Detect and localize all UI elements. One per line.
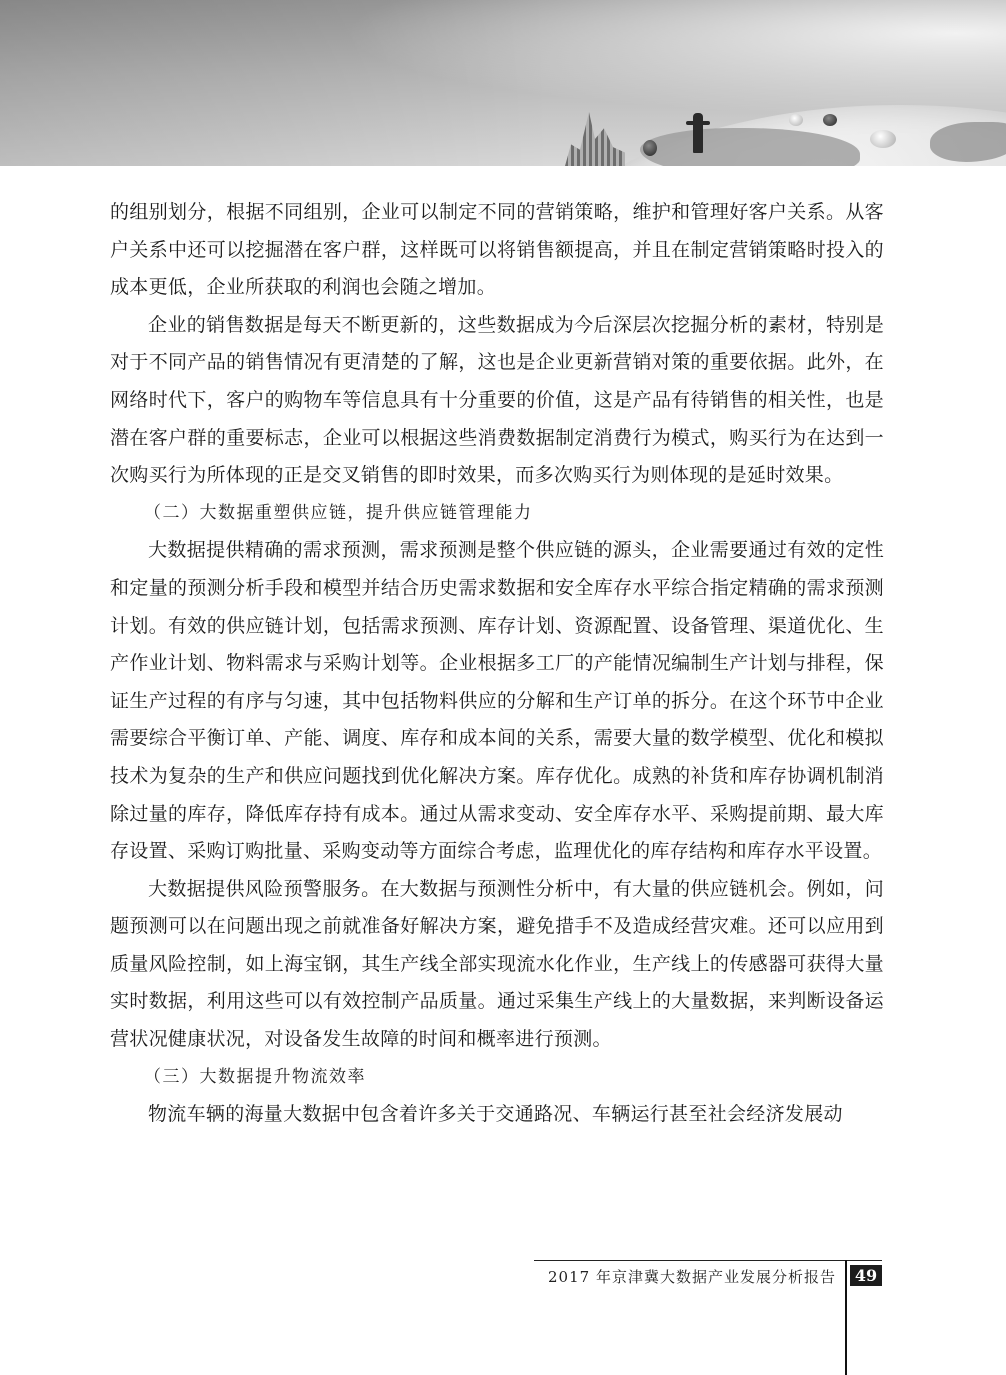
bubble-icon xyxy=(870,130,896,148)
paragraph-sales-data: 企业的销售数据是每天不断更新的，这些数据成为今后深层次挖掘分析的素材，特别是对于… xyxy=(110,307,884,495)
section-heading-supply-chain: （二）大数据重塑供应链，提升供应链管理能力 xyxy=(110,495,884,533)
footer-vertical-rule xyxy=(845,1260,847,1375)
section-heading-logistics: （三）大数据提升物流效率 xyxy=(110,1059,884,1097)
paragraph-demand-forecast: 大数据提供精确的需求预测，需求预测是整个供应链的源头，企业需要通过有效的定性和定… xyxy=(110,532,884,870)
page-number: 49 xyxy=(850,1265,882,1286)
continent-shape xyxy=(930,122,1006,162)
header-banner-image xyxy=(0,0,1006,166)
paragraph-risk-warning: 大数据提供风险预警服务。在大数据与预测性分析中，有大量的供应链机会。例如，问题预… xyxy=(110,871,884,1059)
person-icon xyxy=(693,113,703,153)
bubble-icon xyxy=(823,114,837,126)
paragraph-continuation: 的组别划分，根据不同组别，企业可以制定不同的营销策略，维护和管理好客户关系。从客… xyxy=(110,194,884,307)
footer-divider xyxy=(534,1260,882,1261)
bubble-icon xyxy=(789,114,803,126)
paragraph-logistics: 物流车辆的海量大数据中包含着许多关于交通路况、车辆运行甚至社会经济发展动 xyxy=(110,1096,884,1134)
page-body-text: 的组别划分，根据不同组别，企业可以制定不同的营销策略，维护和管理好客户关系。从客… xyxy=(110,194,884,1134)
bubble-icon xyxy=(643,140,657,156)
running-footer-title: 2017 年京津冀大数据产业发展分析报告 xyxy=(548,1266,836,1287)
